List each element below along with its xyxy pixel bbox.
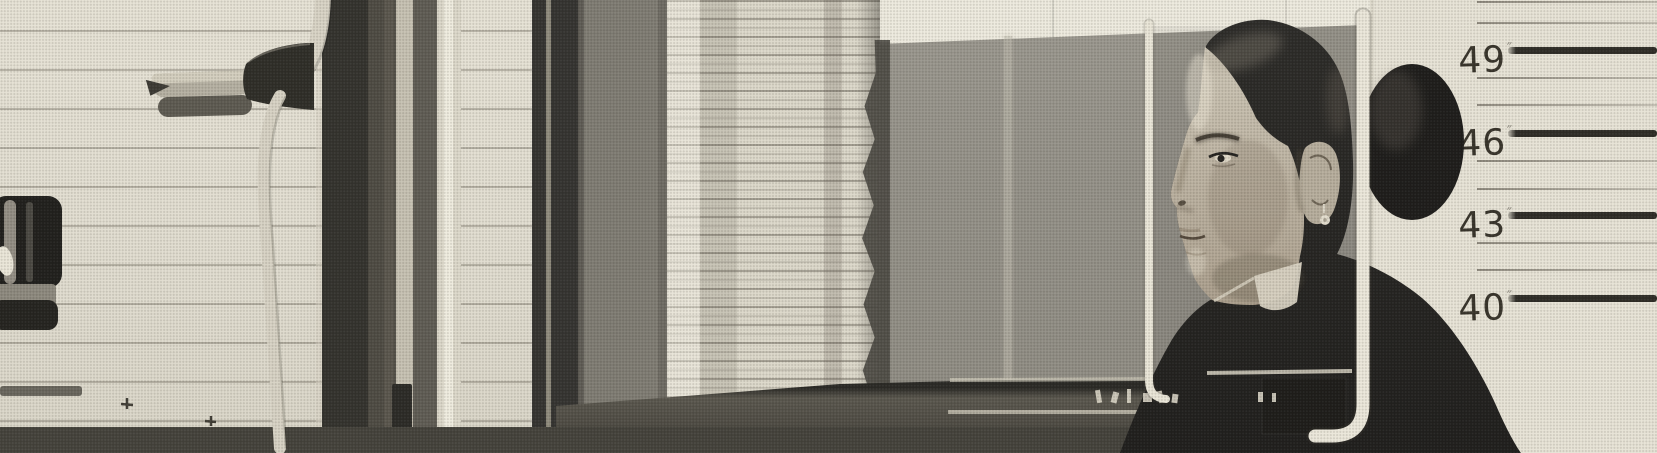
upper-lip-shadow [1179,229,1200,231]
desk-box [1262,378,1346,434]
earring-center [1323,218,1327,222]
bracket-arm-lower [158,95,252,117]
camera [0,196,62,330]
wall-bracket [146,0,331,448]
photograph: 49″46″43″40″ [0,0,1657,453]
photo-overlay [0,0,1657,453]
frame-rod-left [1149,24,1166,399]
wall-hook [205,416,216,426]
wall-hooks [121,398,216,426]
frame-crossbar [1207,371,1352,373]
camera-mount [0,300,58,330]
camera-lens-ring2 [26,202,33,282]
eye-iris [1217,155,1224,162]
wall-hook [121,398,133,409]
